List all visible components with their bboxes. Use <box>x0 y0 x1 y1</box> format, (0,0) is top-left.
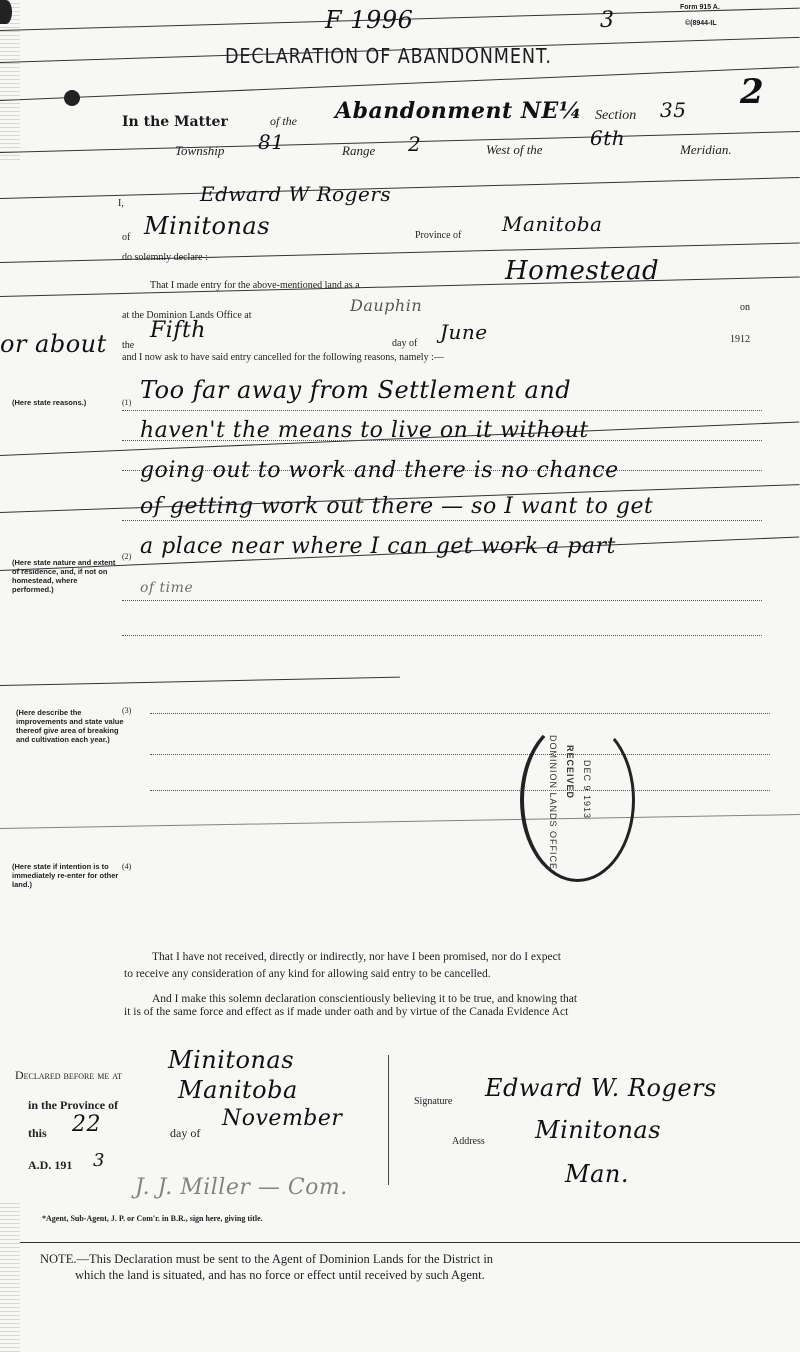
the-label: the <box>122 340 134 351</box>
section-number: (4) <box>122 862 131 871</box>
entry-text: That I made entry for the above-mentione… <box>150 280 360 291</box>
year-suffix: 3 <box>93 1150 105 1171</box>
margin-note: or about <box>0 330 107 358</box>
declare-text: do solemnly declare :— <box>122 252 218 263</box>
range-value: 2 <box>408 132 421 156</box>
corner-mark: 3 <box>600 8 615 33</box>
range-label: Range <box>342 143 375 159</box>
section-number: (1) <box>122 398 131 407</box>
note-line-1: NOTE.—This Declaration must be sent to t… <box>40 1252 493 1267</box>
matter-heading: In the Matter <box>122 114 228 130</box>
declarant-place: Minitonas <box>144 212 270 240</box>
fill-line <box>150 790 770 791</box>
section-number: (2) <box>122 552 131 561</box>
jurat-province-value: Manitoba <box>178 1076 298 1104</box>
month-value: June <box>440 320 488 344</box>
reason-line-1: Too far away from Settlement and <box>140 376 571 404</box>
jurat-day-of-label: day of <box>170 1126 200 1141</box>
divider <box>388 1055 389 1185</box>
signature-label: Signature <box>414 1096 452 1107</box>
west-value: 6th <box>590 126 625 150</box>
reason-line-6: of time <box>140 580 193 596</box>
reason-line-4: of getting work out there — so I want to… <box>140 494 653 519</box>
day-value: Fifth <box>150 318 206 343</box>
of-label: of <box>122 232 130 243</box>
document-title: DECLARATION OF ABANDONMENT. <box>225 44 552 68</box>
this-label: this <box>28 1126 47 1141</box>
township-label: Township <box>175 143 224 159</box>
side-label-improvements: (Here describe the improvements and stat… <box>16 708 124 744</box>
form-subnumber: ©(8944-IL <box>685 20 717 27</box>
reasons-intro: and I now ask to have said entry cancell… <box>122 352 444 363</box>
stamp-outer-text: DOMINION LANDS OFFICE <box>548 735 558 870</box>
section-label: Section <box>595 108 636 124</box>
address-line-2: Man. <box>565 1160 629 1188</box>
ruled-line <box>0 276 800 297</box>
side-label-reentry: (Here state if intention is to immediate… <box>12 862 120 889</box>
reason-line-5: a place near where I can get work a part <box>140 534 616 559</box>
entry-type: Homestead <box>505 256 659 286</box>
declaration-paragraph-1-line-1: That I have not received, directly or in… <box>152 951 561 963</box>
day-of-label: day of <box>392 338 417 349</box>
declared-label: Declared before me at <box>15 1068 122 1083</box>
matter-value: Abandonment NE¼ <box>335 98 582 124</box>
fill-line <box>122 520 762 521</box>
form-number: Form 915 A. <box>680 4 720 11</box>
ruled-line <box>0 66 799 100</box>
ruled-line <box>0 177 800 199</box>
on-label: on <box>740 302 750 313</box>
declaration-paragraph-1-line-2: to receive any consideration of any kind… <box>124 968 491 980</box>
fill-line <box>150 713 770 714</box>
fill-line <box>150 754 770 755</box>
file-number: F 1996 <box>325 6 413 34</box>
address-line-1: Minitonas <box>535 1116 661 1144</box>
declarant-province: Manitoba <box>502 212 602 236</box>
scan-artifact <box>0 1200 20 1352</box>
corner-number: 2 <box>740 72 764 112</box>
year-prefix: A.D. 191 <box>28 1158 72 1173</box>
stamp-inner-text: RECEIVED <box>565 745 575 799</box>
ruled-line <box>0 677 400 686</box>
declarant-name: Edward W Rogers <box>200 182 391 206</box>
ruled-line <box>20 1242 800 1243</box>
stamp-date: DEC 9 1913 <box>582 760 592 819</box>
jurat-month: November <box>222 1106 342 1131</box>
ink-blot <box>0 0 12 24</box>
address-label: Address <box>452 1136 485 1147</box>
section-number: (3) <box>122 706 131 715</box>
meridian-label: Meridian. <box>680 142 732 158</box>
declarant-prefix: I, <box>118 198 124 209</box>
township-value: 81 <box>258 130 284 154</box>
received-stamp <box>520 718 635 882</box>
fill-line <box>122 600 762 601</box>
declaration-paragraph-2-line-1: And I make this solemn declaration consc… <box>152 993 577 1005</box>
reason-line-2: haven't the means to live on it without <box>140 418 589 443</box>
office-value: Dauphin <box>350 296 422 315</box>
of-the-label: of the <box>270 114 297 129</box>
jurat-day: 22 <box>72 1112 101 1137</box>
scan-artifact <box>0 0 20 160</box>
side-label-residence: (Here state nature and extent of residen… <box>12 558 120 594</box>
fill-line <box>122 635 762 636</box>
official-footnote: *Agent, Sub-Agent, J. P. or Com'r. in B.… <box>42 1214 263 1223</box>
province-label: Province of <box>415 230 461 241</box>
side-label-reasons: (Here state reasons.) <box>12 398 112 407</box>
official-signature: J. J. Miller — Com. <box>135 1175 348 1200</box>
signature-value: Edward W. Rogers <box>485 1074 717 1102</box>
ink-blot <box>64 90 80 106</box>
declaration-paragraph-2-line-2: it is of the same force and effect as if… <box>124 1006 568 1018</box>
reason-line-3: going out to work and there is no chance <box>140 458 619 483</box>
ruled-line <box>0 814 800 829</box>
fill-line <box>122 410 762 411</box>
west-label: West of the <box>486 142 543 158</box>
jurat-province-label: in the Province of <box>28 1098 118 1113</box>
ruled-line <box>0 242 800 263</box>
note-line-2: which the land is situated, and has no f… <box>75 1268 485 1283</box>
declared-place: Minitonas <box>168 1046 294 1074</box>
year-value: 1912 <box>730 334 750 345</box>
section-value: 35 <box>660 98 686 122</box>
